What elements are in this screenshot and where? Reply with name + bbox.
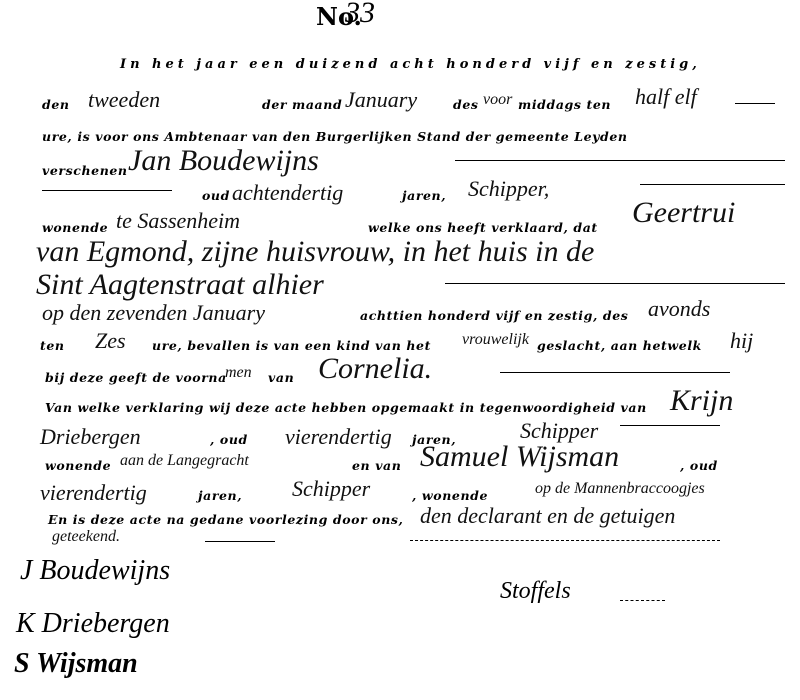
handwritten-sex: vrouwelijk [462,331,529,349]
handwritten-witness1-residence: aan de Langegracht [120,452,249,470]
record-number-value: 33 [345,0,375,30]
handwritten-mother-line: van Egmond, zijne huisvrouw, in het huis… [36,235,594,269]
handwritten-closing: den declarant en de getuigen [420,503,675,529]
printed-jaren: jaren, [402,188,446,203]
handwritten-witness2-occupation: Schipper [292,476,370,502]
printed-jaren: jaren, [198,488,242,503]
signature-witness1: K Driebergen [16,608,170,640]
handwritten-witness1-age: vierendertig [285,424,392,450]
handwritten-witness2-residence: op de Mannenbraccoogjes [535,480,705,498]
handwritten-birth-date: op den zevenden January [42,300,265,326]
printed-en-van: en van [352,458,401,473]
handwritten-witness1-last: Driebergen [40,424,141,450]
signature-line [620,600,665,601]
printed-wonende: wonende [42,220,108,235]
printed-opening-line: In het jaar een duizend acht honderd vij… [120,57,701,72]
printed-geslacht: geslacht, aan hetwelk [537,338,702,353]
handwritten-day: tweeden [88,87,160,113]
handwritten-residence: te Sassenheim [116,208,240,234]
fill-line [42,190,172,191]
fill-line [445,283,785,284]
civil-registry-birth-record: No. 33 In het jaar een duizend acht hond… [0,0,800,700]
handwritten-father-age: achtendertig [232,180,343,206]
handwritten-mother-first: Geertrui [632,196,735,230]
printed-verklaring-line: Van welke verklaring wij deze acte hebbe… [45,400,647,415]
handwritten-voor: voor [483,91,512,109]
handwritten-birth-hour: Zes [95,328,126,354]
printed-year-line: achttien honderd vijf en zestig, des [360,308,628,323]
printed-middags-ten: middags ten [518,97,611,112]
fill-line [205,541,275,542]
printed-official-line: ure, is voor ons Ambtenaar van den Burge… [42,129,628,144]
fill-line [620,425,720,426]
handwritten-witness2-age: vierendertig [40,480,147,506]
handwritten-men: men [225,364,252,382]
handwritten-father-occupation: Schipper, [468,176,549,202]
printed-verschenen: verschenen [42,163,128,178]
printed-dash-oud: , oud [210,432,248,447]
printed-der-maand: der maand [262,97,342,112]
fill-line [640,184,785,185]
fill-line [500,372,730,373]
handwritten-child-name: Cornelia. [318,352,432,386]
printed-van: van [268,370,294,385]
fill-line [410,540,720,541]
printed-ten: ten [40,338,65,353]
handwritten-hij: hij [730,328,753,354]
printed-geeft: bij deze geeft de voorna [45,370,227,385]
handwritten-month: January [345,87,417,113]
printed-oud: oud [202,188,230,203]
signature-witness2: S Wijsman [14,648,138,680]
handwritten-hour: half elf [635,84,697,110]
handwritten-street: Sint Aagtenstraat alhier [36,268,324,302]
printed-verklaard: welke ons heeft verklaard, dat [368,220,598,235]
printed-des: des [453,97,479,112]
printed-den: den [42,97,70,112]
handwritten-witness2-name: Samuel Wijsman [420,440,619,474]
printed-wonende: wonende [45,458,111,473]
printed-wonende: , wonende [412,488,488,503]
handwritten-witness1-first: Krijn [670,384,733,418]
printed-closing-line: En is deze acte na gedane voorlezing doo… [48,512,403,527]
printed-bevallen: ure, bevallen is van een kind van het [152,338,431,353]
signature-declarant: J Boudewijns [20,555,170,587]
signature-official: Stoffels [500,578,571,605]
handwritten-avonds: avonds [648,296,710,322]
handwritten-father-name: Jan Boudewijns [128,144,319,178]
handwritten-geteekend: geteekend. [52,528,120,546]
fill-line [455,160,785,161]
fill-line [735,103,775,104]
printed-oud: , oud [680,458,718,473]
